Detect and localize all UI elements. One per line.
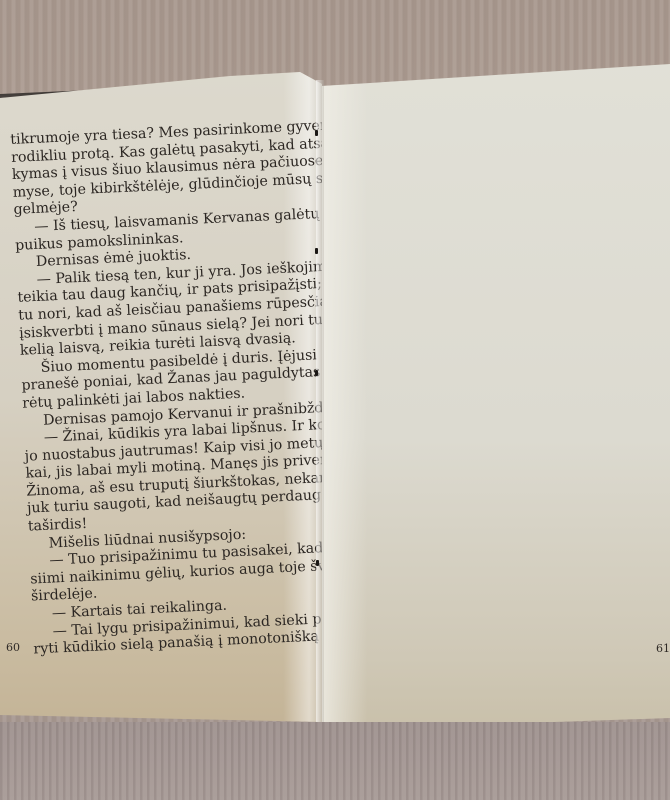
book-spine <box>316 80 324 722</box>
page-number-right: 61 <box>656 642 670 655</box>
wooden-table <box>0 722 670 800</box>
left-page-text: tikrumoje yra tiesa? Mes pasirinkome gyv… <box>10 119 326 660</box>
binding-thread-mark <box>315 248 318 254</box>
page-number-left: 60 <box>6 641 20 654</box>
binding-thread-mark <box>315 370 318 376</box>
binding-thread-mark <box>315 130 318 136</box>
left-page: tikrumoje yra tiesa? Mes pasirinkome gyv… <box>0 0 322 722</box>
binding-thread-mark <box>316 560 319 566</box>
right-page: sodą, kurį žmogus susodina, apkarpo, sur… <box>318 0 670 730</box>
open-book: tikrumoje yra tiesa? Mes pasirinkome gyv… <box>0 0 670 730</box>
